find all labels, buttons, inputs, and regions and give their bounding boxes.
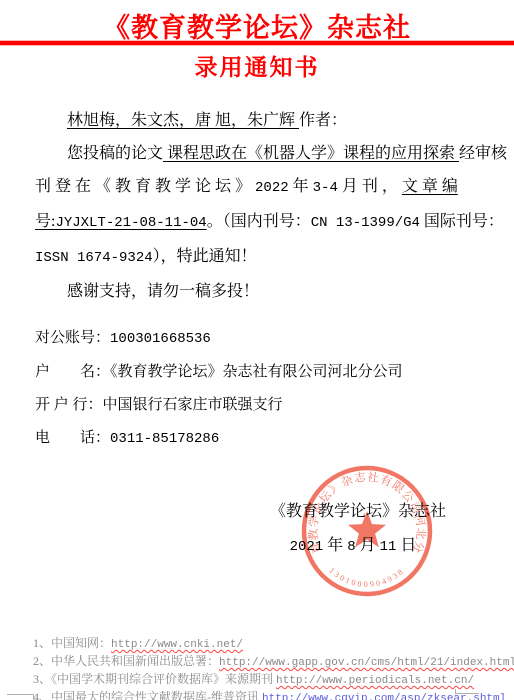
article-no-label-part2: 号:	[35, 213, 55, 230]
footer-item-cqvip: 4、中国最大的综合性文献数据库-维普资讯 http://www.cqvip.co…	[33, 689, 493, 700]
phone-label: 电 话：	[35, 430, 110, 446]
issn-label: 国际刊号：	[420, 213, 504, 230]
bank-branch: 中国银行石家庄市联强支行	[103, 397, 283, 413]
review-suffix: 经审核	[459, 145, 507, 162]
publication-line: 刊 登 在 《 教 育 教 学 论 坛 》 2022 年 3-4 月 刊 ， 文…	[35, 170, 481, 205]
phone-number: 0311-85178286	[110, 431, 219, 447]
footer-label: 3、《中国学术期刊综合评价数据库》来源期刊	[33, 672, 276, 686]
date-month: 8	[347, 539, 355, 555]
phone-row: 电 话：0311-85178286	[35, 422, 481, 456]
date-month-char: 月	[356, 537, 380, 554]
footer-item-gapp: 2、中华人民共和国新闻出版总署：http://www.gapp.gov.cn/c…	[33, 653, 493, 671]
year-char: 年	[289, 178, 313, 195]
footer-url: http://www.cnki.net/	[111, 639, 243, 651]
article-number-line: 号:JYJXLT-21-08-11-04。（国内刊号：CN 13-1399/G4…	[35, 205, 481, 240]
date-year: 2021	[290, 539, 324, 555]
paper-title-line: 您投稿的论文 课程思政在《机器人学》课程的应用探索 经审核	[35, 137, 481, 170]
date-day: 11	[380, 539, 397, 555]
thanks-line: 感谢支持，请勿一稿多投！	[35, 275, 481, 308]
authors-names: 林旭梅，朱文杰，唐 旭，朱广辉	[67, 112, 299, 129]
signature-date: 2021 年 8 月 11 日	[270, 533, 436, 560]
account-number: 100301668536	[110, 331, 211, 347]
signature-org: 《教育教学论坛》杂志社	[270, 499, 436, 525]
authors-suffix: 作者：	[299, 112, 347, 129]
footer-label: 4、中国最大的综合性文献数据库-维普资讯	[33, 690, 262, 700]
cn-issn-open: 。（国内刊号：	[207, 213, 311, 230]
bank-info: 对公账号：100301668536 户 名：《教育教学论坛》杂志社有限公司河北分…	[35, 322, 481, 456]
article-number: JYJXLT-21-08-11-04	[55, 215, 206, 231]
bank-branch-row: 开 户 行：中国银行石家庄市联强支行	[35, 389, 481, 422]
account-name-row: 户 名：《教育教学论坛》杂志社有限公司河北分公司	[35, 356, 481, 389]
footer-item-periodicals: 3、《中国学术期刊综合评价数据库》来源期刊 http://www.periodi…	[33, 671, 493, 689]
footer-url: http://www.periodicals.net.cn/	[276, 675, 474, 687]
footer-url: http://www.gapp.gov.cn/cms/html/21/index…	[219, 657, 514, 669]
issue-char: 月 刊 ，	[338, 178, 402, 195]
account-name-label: 户 名：	[35, 364, 110, 380]
acceptance-letter-page: 《教育教学论坛》杂志社 录用通知书 林旭梅，朱文杰，唐 旭，朱广辉 作者： 您投…	[0, 0, 514, 700]
bank-branch-label: 开 户 行：	[35, 397, 103, 413]
paper-title: 课程思政在《机器人学》课程的应用探索	[163, 145, 459, 162]
account-row: 对公账号：100301668536	[35, 322, 481, 356]
article-no-label-part1: 文 章 编	[402, 178, 458, 195]
issn-number: ISSN 1674-9324	[35, 250, 153, 266]
document-subtitle: 录用通知书	[0, 49, 514, 82]
date-day-char: 日	[396, 537, 416, 554]
date-year-char: 年	[323, 537, 347, 554]
pub-year: 2022	[255, 180, 289, 196]
journal-name-text: 刊 登 在 《 教 育 教 学 论 坛 》	[35, 178, 255, 195]
letter-body: 林旭梅，朱文杰，唐 旭，朱广辉 作者： 您投稿的论文 课程思政在《机器人学》课程…	[35, 104, 481, 308]
submission-prefix: 您投稿的论文	[67, 145, 163, 162]
account-label: 对公账号：	[35, 330, 110, 346]
footer-label: 2、中华人民共和国新闻出版总署：	[33, 654, 219, 668]
footer-label: 1、中国知网：	[33, 636, 111, 650]
notice-suffix: ），特此通知！	[153, 248, 257, 265]
footer-database-list: 1、中国知网：http://www.cnki.net/ 2、中华人民共和国新闻出…	[33, 635, 493, 700]
authors-line: 林旭梅，朱文杰，唐 旭，朱广辉 作者：	[35, 104, 481, 137]
issn-line: ISSN 1674-9324），特此通知！	[35, 240, 481, 275]
footer-item-cnki: 1、中国知网：http://www.cnki.net/	[33, 635, 493, 653]
cn-number: CN 13-1399/G4	[311, 215, 420, 231]
account-name: 《教育教学论坛》杂志社有限公司河北分公司	[110, 364, 403, 380]
footer-hyperlink[interactable]: http://www.cqvip.com/asp/zksear.shtml	[262, 693, 506, 700]
table-corner-mark-left	[7, 694, 34, 699]
signature-block: 《教育教学论坛》杂志社 2021 年 8 月 11 日	[270, 499, 436, 560]
issue-number: 3-4	[313, 180, 338, 196]
header-divider	[0, 40, 514, 47]
